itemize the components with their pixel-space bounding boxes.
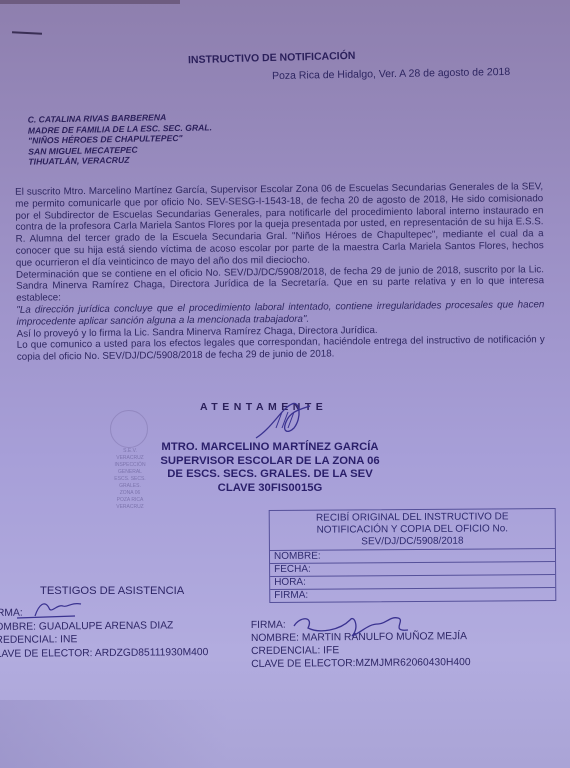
signatory-block: MTRO. MARCELINO MARTÍNEZ GARCÍA SUPERVIS…: [140, 441, 400, 495]
signatory-line: DE ESCS. SECS. GRALES. DE LA SEV: [140, 468, 400, 482]
place-date: Poza Rica de Hidalgo, Ver. A 28 de agost…: [272, 66, 510, 82]
receipt-field-firma: FIRMA:: [270, 587, 555, 602]
document-title: INSTRUCTIVO DE NOTIFICACIÓN: [188, 50, 356, 66]
signature-icon: [252, 398, 316, 444]
signatory-line: MTRO. MARCELINO MARTÍNEZ GARCÍA: [140, 441, 400, 455]
page-shadow: [0, 700, 570, 768]
document-body: El suscrito Mtro. Marcelino Martínez Gar…: [15, 181, 545, 363]
witness-clave: CLAVE DE ELECTOR:MZMJMR62060430H400: [251, 656, 470, 671]
body-paragraph: El suscrito Mtro. Marcelino Martínez Gar…: [15, 181, 544, 269]
witness-clave: CLAVE DE ELECTOR: ARDZGD85111930M400: [0, 646, 208, 661]
signature-icon: [290, 612, 430, 642]
signature-icon: [15, 598, 85, 622]
witnesses-title: TESTIGOS DE ASISTENCIA: [40, 585, 184, 597]
body-paragraph: Determinación que se contiene en el ofic…: [16, 264, 544, 305]
receipt-header: RECIBÍ ORIGINAL DEL INSTRUCTIVO DE NOTIF…: [270, 509, 555, 550]
signatory-line: CLAVE 30FIS0015G: [140, 482, 400, 496]
addressee-block: C. CATALINA RIVAS BARBERENA MADRE DE FAM…: [28, 111, 213, 167]
stamp-line: VERACRUZ: [100, 504, 160, 511]
signatory-line: SUPERVISOR ESCOLAR DE LA ZONA 06: [140, 455, 400, 469]
stamp-line: POZA RICA: [100, 497, 160, 504]
addressee-line: TIHUATLÁN, VERACRUZ: [28, 153, 212, 167]
body-paragraph: Lo que comunico a usted para los efectos…: [17, 335, 545, 364]
page-edge: [0, 0, 180, 4]
receipt-box: RECIBÍ ORIGINAL DEL INSTRUCTIVO DE NOTIF…: [269, 508, 557, 603]
pen-mark: [12, 31, 42, 35]
receipt-header-line: SEV/DJ/DC/5908/2018: [274, 535, 551, 549]
